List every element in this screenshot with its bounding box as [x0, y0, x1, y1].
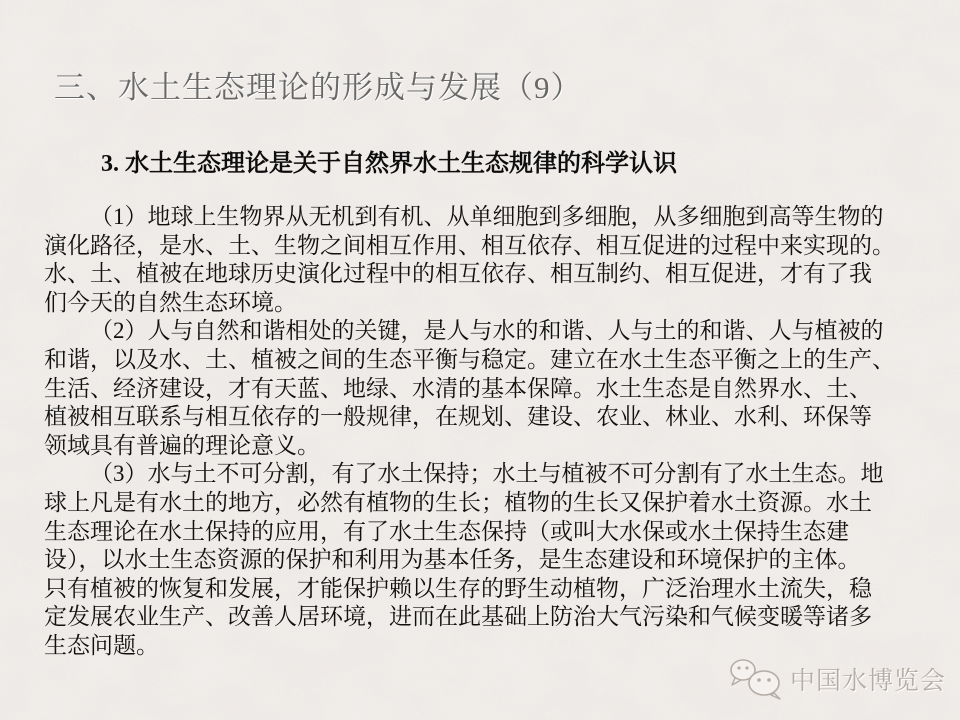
body-line: 只有植被的恢复和发展，才能保护赖以生存的野生动植物，广泛治理水土流失，稳 [44, 575, 940, 604]
paragraph: （3）水与土不可分割，有了水土保持；水土与植被不可分割有了水土生态。地球上凡是有… [44, 460, 940, 660]
body-line: 定发展农业生产、改善人居环境，进而在此基础上防治大气污染和气候变暖等诸多 [44, 603, 940, 632]
body-line: 们今天的自然生态环境。 [44, 289, 940, 318]
watermark: 中国水博览会 [728, 655, 946, 703]
paragraph: （2）人与自然和谐相处的关键，是人与水的和谐、人与土的和谐、人与植被的和谐，以及… [44, 317, 940, 460]
body-line: 领域具有普遍的理论意义。 [44, 432, 940, 461]
body-line: 水、土、植被在地球历史演化过程中的相互依存、相互制约、相互促进，才有了我 [44, 260, 940, 289]
body-line: 生态理论在水土保持的应用，有了水土生态保持（或叫大水保或水土保持生态建 [44, 518, 940, 547]
body-line: 设），以水土生态资源的保护和利用为基本任务，是生态建设和环境保护的主体。 [44, 546, 940, 575]
wechat-icon [728, 655, 786, 703]
body-line: 植被相互联系与相互依存的一般规律，在规划、建设、农业、林业、水利、环保等 [44, 403, 940, 432]
watermark-label: 中国水博览会 [790, 661, 946, 697]
slide: 三、水土生态理论的形成与发展（9） 3. 水土生态理论是关于自然界水土生态规律的… [0, 0, 960, 720]
body-line: （3）水与土不可分割，有了水土保持；水土与植被不可分割有了水土生态。地 [44, 460, 940, 489]
body-line: 演化路径，是水、土、生物之间相互作用、相互依存、相互促进的过程中来实现的。 [44, 232, 940, 261]
body-line: 生活、经济建设，才有天蓝、地绿、水清的基本保障。水土生态是自然界水、土、 [44, 375, 940, 404]
body-line: （2）人与自然和谐相处的关键，是人与水的和谐、人与土的和谐、人与植被的 [44, 317, 940, 346]
slide-subtitle: 3. 水土生态理论是关于自然界水土生态规律的科学认识 [101, 143, 677, 178]
body-text: （1）地球上生物界从无机到有机、从单细胞到多细胞，从多细胞到高等生物的演化路径，… [44, 203, 940, 661]
body-line: 和谐，以及水、土、植被之间的生态平衡与稳定。建立在水土生态平衡之上的生产、 [44, 346, 940, 375]
body-line: （1）地球上生物界从无机到有机、从单细胞到多细胞，从多细胞到高等生物的 [44, 203, 940, 232]
slide-title: 三、水土生态理论的形成与发展（9） [54, 62, 583, 107]
paragraph: （1）地球上生物界从无机到有机、从单细胞到多细胞，从多细胞到高等生物的演化路径，… [44, 203, 940, 317]
body-line: 球上凡是有水土的地方，必然有植物的生长；植物的生长又保护着水土资源。水土 [44, 489, 940, 518]
